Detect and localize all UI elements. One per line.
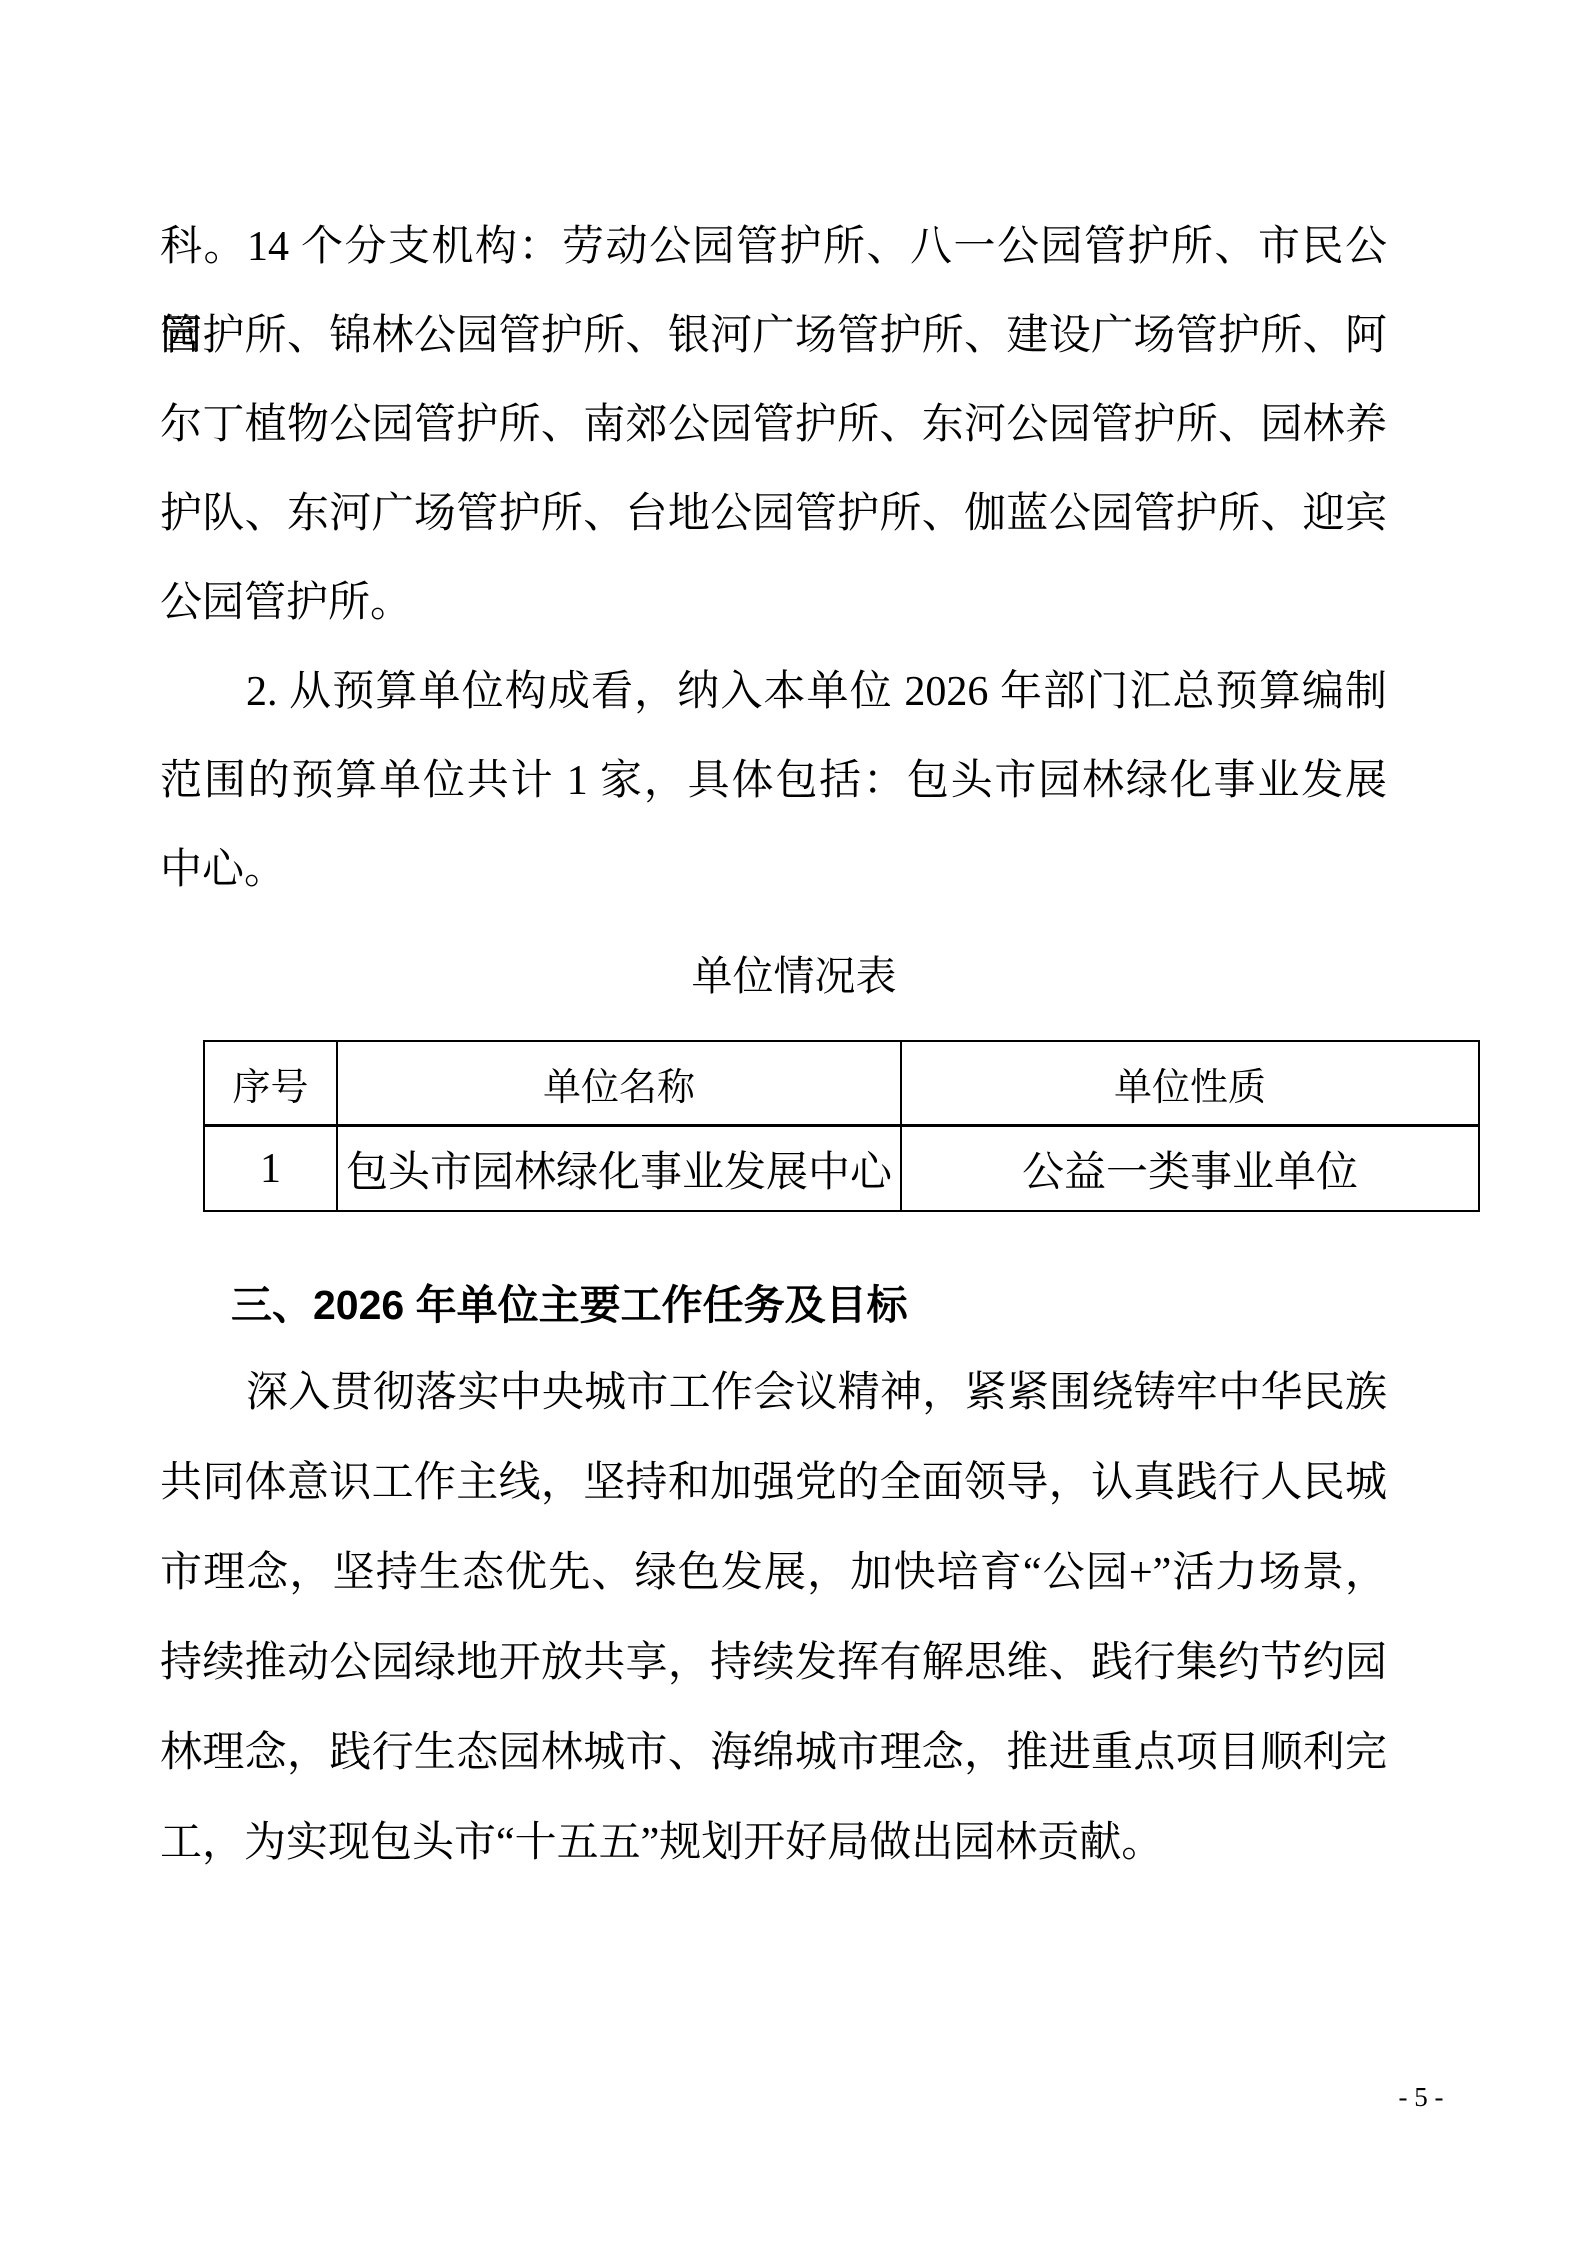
unit-table-header-cell: 序号 bbox=[204, 1041, 337, 1126]
unit-table-cell: 1 bbox=[204, 1126, 337, 1212]
page-number: - 5 - bbox=[1361, 2080, 1481, 2114]
section-text-line: 市理念，坚持生态优先、绿色发展，加快培育“公园+”活力场景， bbox=[160, 1528, 1387, 1618]
section-text-line: 共同体意识工作主线，坚持和加强党的全面领导，认真践行人民城 bbox=[160, 1438, 1387, 1528]
unit-table-header-cell: 单位名称 bbox=[337, 1041, 901, 1126]
section-3-paragraph: 深入贯彻落实中央城市工作会议精神，紧紧围绕铸牢中华民族共同体意识工作主线，坚持和… bbox=[160, 1348, 1387, 1888]
section-3-heading: 三、2026 年单位主要工作任务及目标 bbox=[160, 1261, 1387, 1349]
intro-text-line: 护队、东河广场管护所、台地公园管护所、伽蓝公园管护所、迎宾 bbox=[160, 470, 1387, 559]
intro-text-line: 公园管护所。 bbox=[160, 559, 1387, 648]
section-text-line: 持续推动公园绿地开放共享，持续发挥有解思维、践行集约节约园 bbox=[160, 1618, 1387, 1708]
unit-table-cell: 公益一类事业单位 bbox=[901, 1126, 1479, 1212]
unit-table-header-row: 序号单位名称单位性质 bbox=[204, 1041, 1479, 1126]
section-text-line: 深入贯彻落实中央城市工作会议精神，紧紧围绕铸牢中华民族 bbox=[160, 1348, 1387, 1438]
intro-text-line: 科。14 个分支机构：劳动公园管护所、八一公园管护所、市民公园 bbox=[160, 203, 1387, 292]
table-row: 1包头市园林绿化事业发展中心公益一类事业单位 bbox=[204, 1126, 1479, 1212]
intro-paragraphs: 科。14 个分支机构：劳动公园管护所、八一公园管护所、市民公园管护所、锦林公园管… bbox=[160, 203, 1387, 915]
document-page: 科。14 个分支机构：劳动公园管护所、八一公园管护所、市民公园管护所、锦林公园管… bbox=[0, 0, 1588, 2245]
section-text-line: 工，为实现包头市“十五五”规划开好局做出园林贡献。 bbox=[160, 1798, 1387, 1888]
unit-table-header-cell: 单位性质 bbox=[901, 1041, 1479, 1126]
intro-text-line: 2. 从预算单位构成看，纳入本单位 2026 年部门汇总预算编制 bbox=[160, 648, 1387, 737]
intro-text-line: 范围的预算单位共计 1 家，具体包括：包头市园林绿化事业发展 bbox=[160, 737, 1387, 826]
section-text-line: 林理念，践行生态园林城市、海绵城市理念，推进重点项目顺利完 bbox=[160, 1708, 1387, 1798]
intro-text-line: 中心。 bbox=[160, 826, 1387, 915]
unit-table-cell: 包头市园林绿化事业发展中心 bbox=[337, 1126, 901, 1212]
unit-table: 序号单位名称单位性质 1包头市园林绿化事业发展中心公益一类事业单位 bbox=[203, 1040, 1480, 1212]
intro-text-line: 尔丁植物公园管护所、南郊公园管护所、东河公园管护所、园林养 bbox=[160, 381, 1387, 470]
intro-text-line: 管护所、锦林公园管护所、银河广场管护所、建设广场管护所、阿 bbox=[160, 292, 1387, 381]
unit-table-title: 单位情况表 bbox=[0, 930, 1588, 1022]
